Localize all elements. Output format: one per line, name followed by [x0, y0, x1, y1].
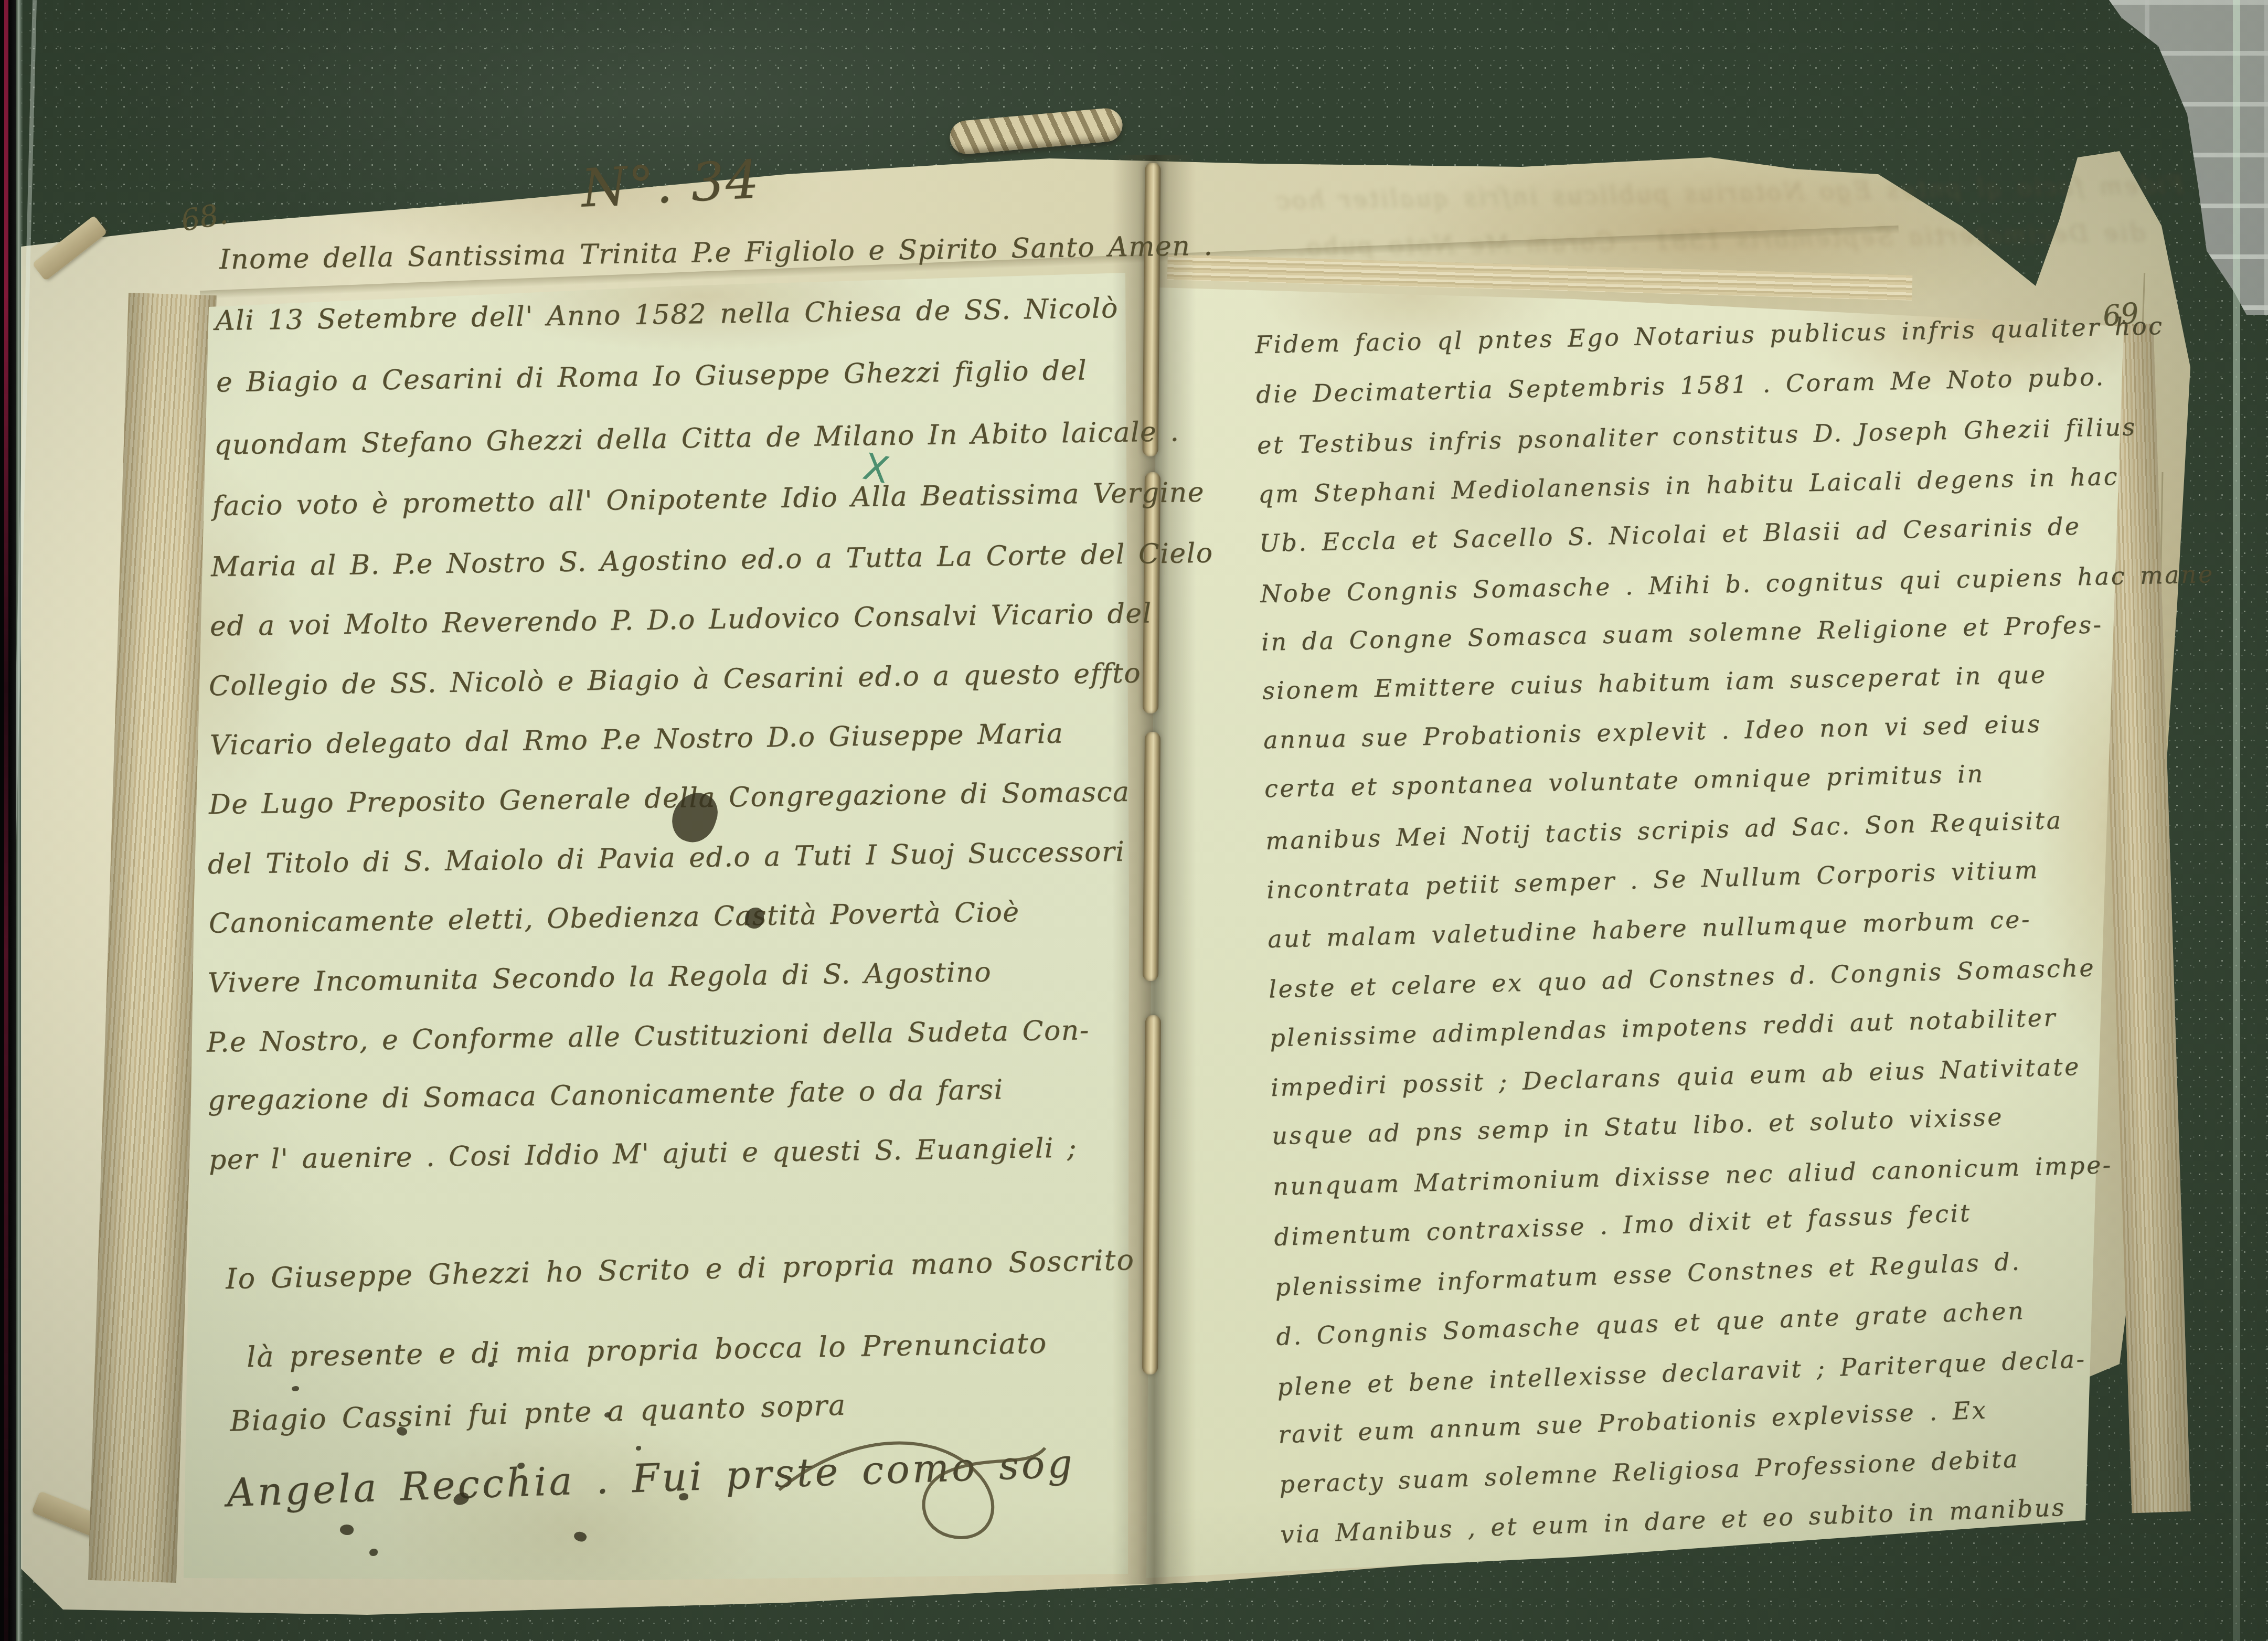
- ink-blot: [604, 1412, 611, 1418]
- ink-blot: [292, 1386, 299, 1391]
- binding-cord: [1143, 163, 1161, 456]
- signature-flourish: [776, 1411, 1049, 1558]
- red-edge-line: [4, 0, 8, 1641]
- ink-blot: [369, 1549, 378, 1556]
- record-number-heading: N°. 34: [580, 148, 761, 219]
- ink-blot: [745, 908, 764, 929]
- binding-cord: [1143, 732, 1160, 981]
- glass-edge-right: [2233, 0, 2240, 1641]
- ink-blot: [367, 1354, 372, 1358]
- ink-blot: [636, 1446, 641, 1451]
- ink-blot: [517, 1463, 525, 1469]
- manuscript-scan: Fidem facio ql pntes Ego Notarius public…: [0, 0, 2268, 1641]
- glass-edge-left: [16, 0, 23, 1641]
- ink-blot: [679, 1493, 688, 1500]
- binding-cord: [1142, 1015, 1161, 1374]
- ink-blot: [488, 1362, 494, 1367]
